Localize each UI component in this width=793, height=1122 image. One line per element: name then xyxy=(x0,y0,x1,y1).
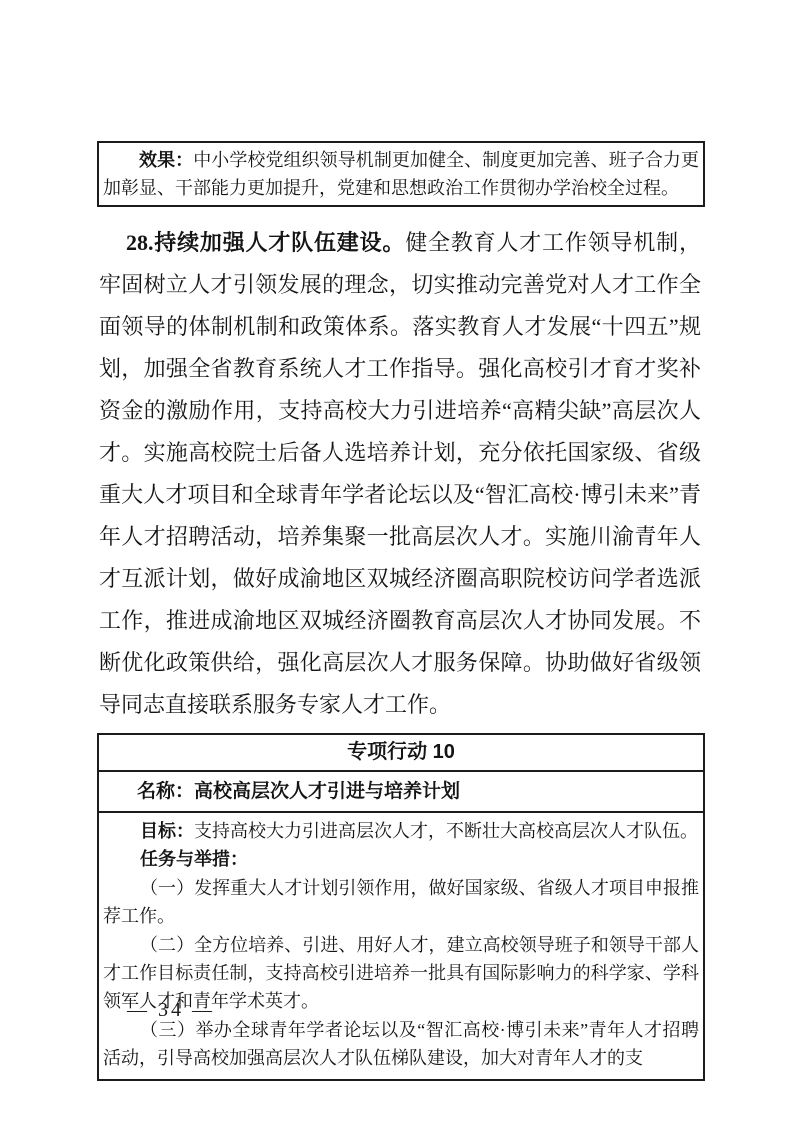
special-action-name-row: 名称：高校高层次人才引进与培养计划 xyxy=(99,772,703,813)
page-number: — 34 — xyxy=(127,999,215,1022)
paragraph-28-body: 健全教育人才工作领导机制，牢固树立人才引领发展的理念，切实推动完善党对人才工作全… xyxy=(99,230,701,717)
effect-box: 效果：中小学校党组织领导机制更加健全、制度更加完善、班子合力更加彰显、干部能力更… xyxy=(97,141,705,207)
effect-text: 中小学校党组织领导机制更加健全、制度更加完善、班子合力更加彰显、干部能力更加提升… xyxy=(103,150,699,198)
goal-label: 目标： xyxy=(140,821,194,841)
document-page: 效果：中小学校党组织领导机制更加健全、制度更加完善、班子合力更加彰显、干部能力更… xyxy=(0,0,793,1122)
name-value: 高校高层次人才引进与培养计划 xyxy=(194,781,460,802)
page-content: 效果：中小学校党组织领导机制更加健全、制度更加完善、班子合力更加彰显、干部能力更… xyxy=(97,141,705,1081)
special-action-body: 目标：支持高校大力引进高层次人才，不断壮大高校高层次人才队伍。 任务与举措： （… xyxy=(99,813,703,1079)
name-label: 名称： xyxy=(137,781,194,802)
effect-paragraph: 效果：中小学校党组织领导机制更加健全、制度更加完善、班子合力更加彰显、干部能力更… xyxy=(103,146,699,202)
tasks-label-paragraph: 任务与举措： xyxy=(103,845,699,873)
paragraph-28-lead: 28.持续加强人才队伍建设。 xyxy=(126,230,405,255)
goal-text: 支持高校大力引进高层次人才，不断壮大高校高层次人才队伍。 xyxy=(194,821,698,841)
task-item-1: （一）发挥重大人才计划引领作用，做好国家级、省级人才项目申报推荐工作。 xyxy=(103,874,699,931)
special-action-table: 专项行动 10 名称：高校高层次人才引进与培养计划 目标：支持高校大力引进高层次… xyxy=(97,733,705,1081)
paragraph-28: 28.持续加强人才队伍建设。健全教育人才工作领导机制，牢固树立人才引领发展的理念… xyxy=(99,222,701,726)
goal-paragraph: 目标：支持高校大力引进高层次人才，不断壮大高校高层次人才队伍。 xyxy=(103,817,699,845)
special-action-table-header: 专项行动 10 xyxy=(99,735,703,772)
task-item-3: （三）举办全球青年学者论坛以及“智汇高校·博引未来”青年人才招聘活动，引导高校加… xyxy=(103,1016,699,1073)
effect-label: 效果： xyxy=(139,150,193,170)
tasks-label: 任务与举措： xyxy=(140,849,248,869)
